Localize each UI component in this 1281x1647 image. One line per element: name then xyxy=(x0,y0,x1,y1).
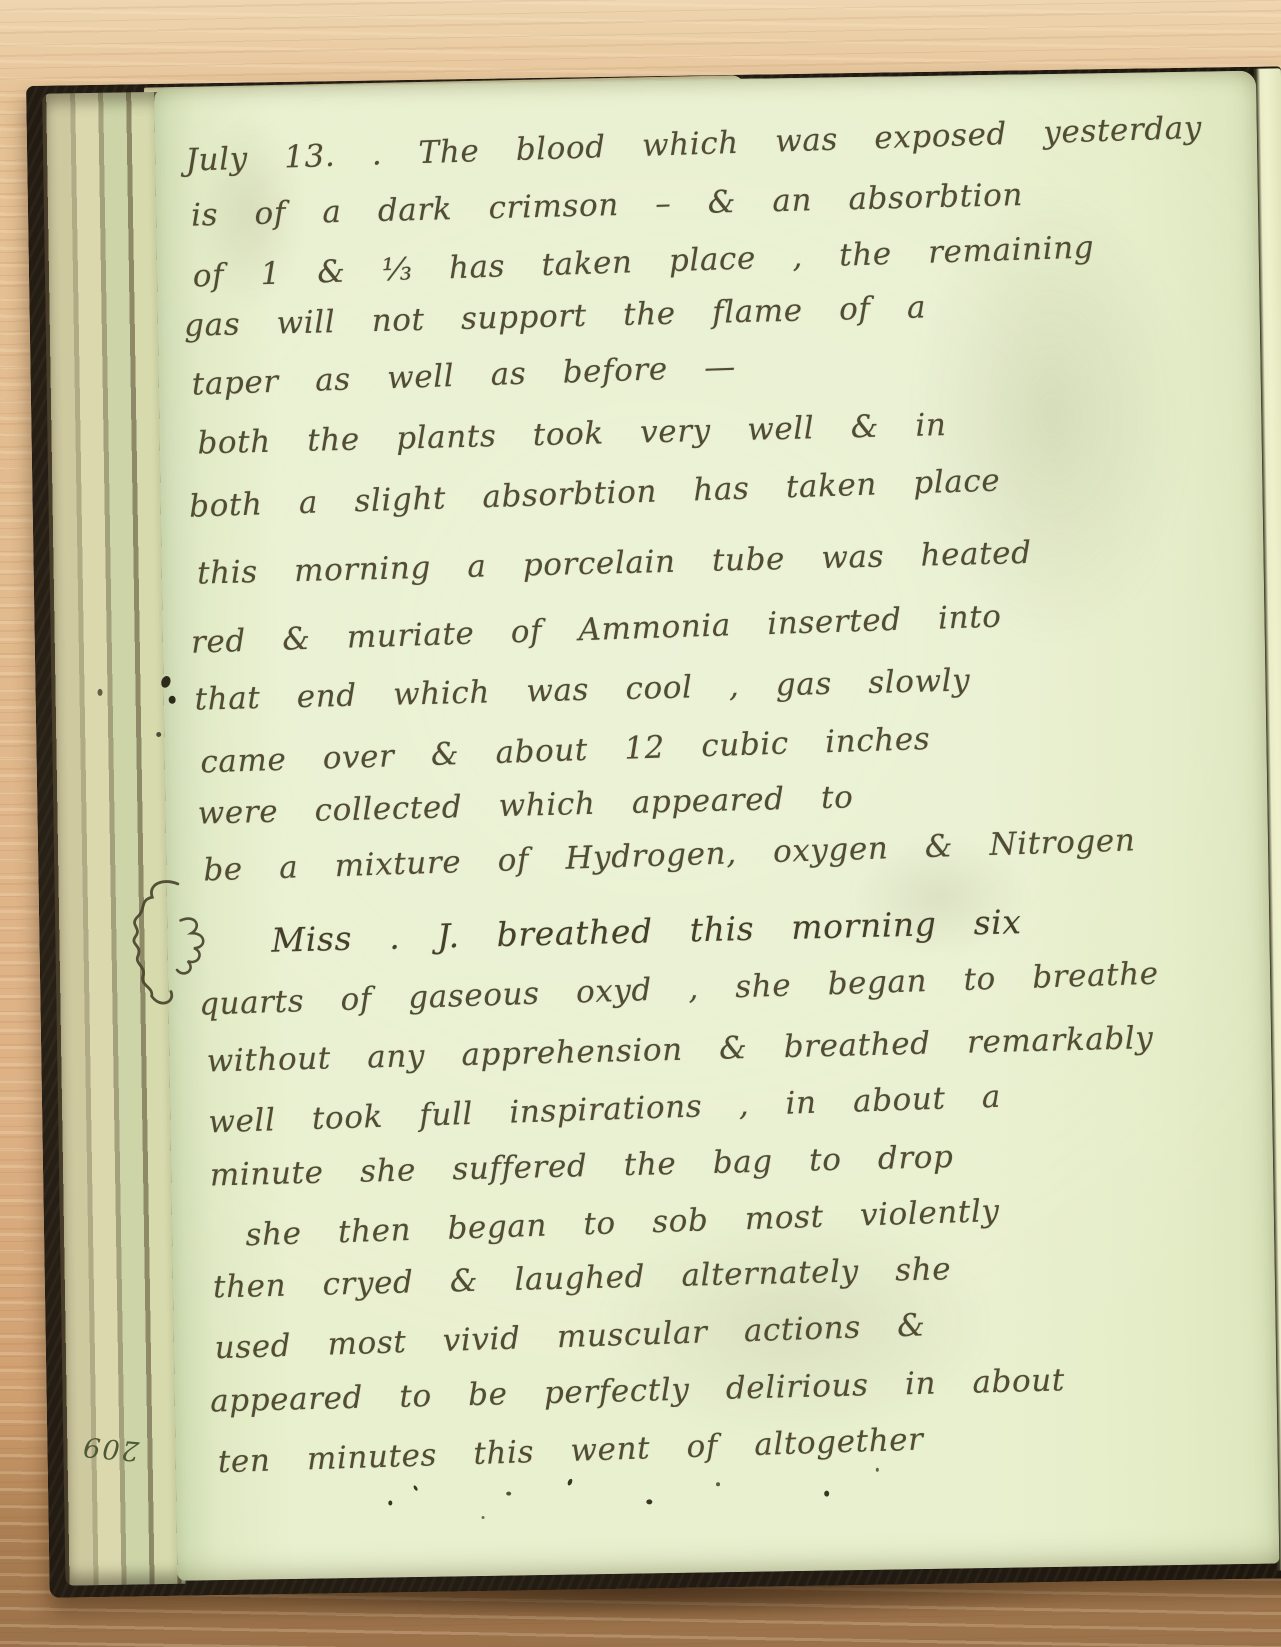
ink-spatter xyxy=(506,1492,511,1496)
manuscript-text: July 13. . The blood which was exposed y… xyxy=(175,101,1269,1489)
ink-spatter xyxy=(413,1485,419,1492)
ink-spatter xyxy=(482,1516,485,1519)
ink-blot xyxy=(156,732,161,737)
page-number: 209 xyxy=(80,1430,140,1466)
ink-blot xyxy=(97,689,102,696)
ink-blot xyxy=(169,696,176,704)
ink-spatter xyxy=(716,1482,720,1486)
notebook-page: July 13. . The blood which was exposed y… xyxy=(154,71,1279,1581)
ink-spatter xyxy=(824,1491,829,1497)
profile-face-doodle xyxy=(130,876,218,1029)
ink-spatter xyxy=(388,1500,392,1505)
ink-spatter xyxy=(567,1478,574,1486)
notebook: July 13. . The blood which was exposed y… xyxy=(26,66,1281,1598)
ink-spatter xyxy=(646,1499,652,1504)
ink-spatter xyxy=(876,1468,879,1472)
